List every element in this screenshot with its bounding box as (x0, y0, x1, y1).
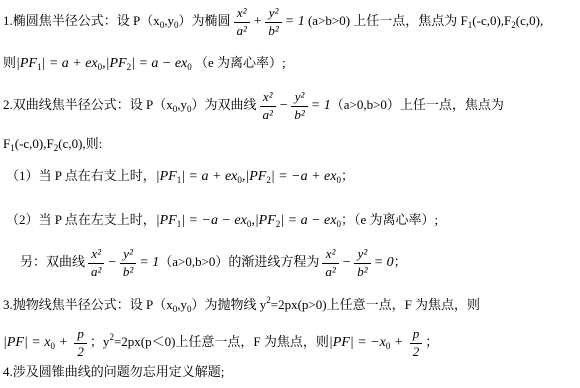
fraction-denominator: a² (234, 22, 250, 39)
math-notes-document: 1.椭圆焦半径公式：设 P（x0,y0）为椭圆x²a²+y²b²= 1 (a>b… (0, 0, 580, 388)
text-run: (-c,0),F (472, 13, 511, 28)
text-run: （a>0,b>0）上任一点，焦点为 (331, 97, 504, 112)
fraction-numerator: x² (260, 90, 276, 106)
fraction-numerator: x² (234, 6, 250, 22)
fraction: y²b² (120, 247, 136, 280)
text-run: 3.抛物线焦半径公式：设 P（x (3, 297, 173, 312)
math-run: | = −a + ex (271, 169, 337, 184)
fraction: x²a² (234, 6, 250, 39)
text-run: ）为双曲线 (191, 97, 256, 112)
text-run: 另：双曲线 (20, 254, 85, 269)
math-run: − (342, 255, 351, 270)
math-run: | = a + ex (41, 56, 97, 71)
math-run: + (390, 335, 406, 350)
fraction: p2 (410, 327, 423, 360)
fraction-denominator: b² (265, 22, 281, 39)
math-run: = 1 (285, 14, 305, 29)
text-run: ；（e 为离心率）; (341, 212, 438, 227)
hyperbola-focal-radius-line: 2.双曲线焦半径公式：设 P（x0,y0）为双曲线x²a²−y²b²= 1（a>… (3, 84, 504, 130)
text-run: 则 (3, 55, 16, 70)
text-run: ； (425, 334, 438, 349)
math-run: ,|PF (251, 213, 275, 228)
text-run: ）为抛物线 y (191, 297, 266, 312)
math-run: + (55, 335, 71, 350)
text-run: =2px(p＜0)上任意一点，F 为焦点，则 (114, 334, 329, 349)
math-run: = 1 (311, 98, 331, 113)
fraction-numerator: p (74, 327, 87, 343)
text-run: (-c,0),F (15, 136, 54, 151)
text-run: （1）当 P 点在右支上时， (6, 168, 156, 183)
fraction-numerator: x² (322, 247, 338, 263)
text-run: 2.双曲线焦半径公式：设 P（x (3, 97, 173, 112)
fraction: y²b² (265, 6, 281, 39)
hyperbola-foci-line: F1(-c,0),F2(c,0),则: (3, 133, 102, 159)
fraction-numerator: y² (120, 247, 136, 263)
fraction: p2 (74, 327, 87, 360)
ellipse-focal-radius-line: 1.椭圆焦半径公式：设 P（x0,y0）为椭圆x²a²+y²b²= 1 (a>b… (3, 0, 543, 46)
text-run: （e 为离心率）; (192, 55, 286, 70)
text-run: ； (341, 168, 354, 183)
text-run: (c,0),则: (58, 136, 102, 151)
math-run: ,|PF (242, 169, 266, 184)
fraction: y²b² (291, 90, 307, 123)
math-run: | = a − ex (280, 213, 336, 228)
fraction-denominator: b² (120, 263, 136, 280)
fraction-numerator: x² (88, 247, 104, 263)
text-run: =2px(p>0)上任意一点，F 为焦点，则 (271, 297, 480, 312)
fraction-denominator: a² (322, 263, 338, 280)
fraction-denominator: a² (88, 263, 104, 280)
math-run: − (107, 255, 116, 270)
fraction: x²a² (322, 247, 338, 280)
math-run: = 0 (374, 255, 394, 270)
text-run: ；y (90, 334, 110, 349)
math-run: ,|PF (102, 56, 126, 71)
math-run: | = a − ex (131, 56, 187, 71)
fraction-denominator: 2 (410, 343, 423, 360)
hyperbola-asymptote-line: 另：双曲线x²a²−y²b²= 1（a>0,b>0）的渐进线方程为x²a²−y²… (20, 241, 407, 284)
fraction-denominator: b² (291, 106, 307, 123)
text-run: 4.涉及圆锥曲线的问题勿忘用定义解题; (3, 364, 224, 379)
ellipse-pf-formulas-line: 则|PF1| = a + ex0,|PF2| = a − ex0 （e 为离心率… (3, 50, 286, 80)
math-run: |PF (156, 169, 177, 184)
hyperbola-left-branch-line: （2）当 P 点在左支上时，|PF1| = −a − ex0,|PF2| = a… (6, 207, 438, 237)
math-run: − (279, 98, 288, 113)
fraction: x²a² (88, 247, 104, 280)
math-run: |PF (156, 213, 177, 228)
text-run: ）为椭圆 (178, 13, 230, 28)
text-run: ； (394, 254, 407, 269)
fraction-denominator: a² (260, 106, 276, 123)
text-run: 1.椭圆焦半径公式：设 P（x (3, 13, 160, 28)
conic-definition-reminder-line: 4.涉及圆锥曲线的问题勿忘用定义解题; (3, 361, 224, 383)
math-run: |PF| = x (3, 335, 50, 350)
fraction-denominator: b² (354, 263, 370, 280)
math-run: + (253, 14, 262, 29)
math-run: = 1 (139, 255, 159, 270)
fraction-numerator: p (410, 327, 423, 343)
fraction: x²a² (260, 90, 276, 123)
text-run: (a>b>0) 上任一点，焦点为 F (305, 13, 468, 28)
text-run: （a>0,b>0）的渐进线方程为 (159, 254, 319, 269)
math-run: |PF (16, 56, 37, 71)
fraction-denominator: 2 (74, 343, 87, 360)
fraction-numerator: y² (291, 90, 307, 106)
hyperbola-right-branch-line: （1）当 P 点在右支上时，|PF1| = a + ex0,|PF2| = −a… (6, 163, 354, 193)
text-run: ,y (164, 13, 174, 28)
math-run: | = a + ex (181, 169, 237, 184)
text-run: ,y (177, 297, 187, 312)
text-run: (c,0), (516, 13, 543, 28)
text-run: ,y (177, 97, 187, 112)
fraction-numerator: y² (354, 247, 370, 263)
text-run: （2）当 P 点在左支上时， (6, 212, 156, 227)
parabola-pf-formulas-line: |PF| = x0 + p2；y2=2px(p＜0)上任意一点，F 为焦点，则|… (3, 316, 438, 367)
fraction: y²b² (354, 247, 370, 280)
math-run: |PF| = −x (329, 335, 386, 350)
fraction-numerator: y² (265, 6, 281, 22)
math-run: | = −a − ex (181, 213, 247, 228)
